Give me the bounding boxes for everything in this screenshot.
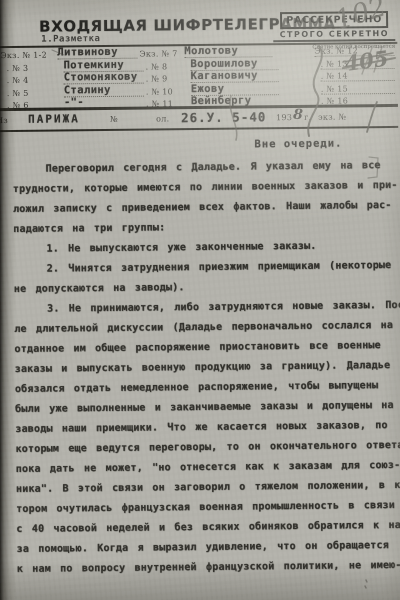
distribution-table: Экз. № 1-2ЛитвиновуЭкз. № 7МолотовуЭкз. … — [0, 44, 395, 110]
body-text-line: 2. Чинятся затруднения приезжим приемщик… — [14, 256, 389, 280]
document-subtitle: 1.Разметка — [41, 34, 100, 45]
scanned-telegram-page: ВХОДЯЩАЯ ШИФРТЕЛЕГРАММА 1.Разметка РАССЕ… — [0, 0, 400, 600]
copy-number-label: . № 13 — [320, 59, 394, 70]
copy-number-label: экз. № — [318, 112, 346, 121]
document-content: ВХОДЯЩАЯ ШИФРТЕЛЕГРАММА 1.Разметка РАССЕ… — [0, 0, 400, 600]
year-suffix: г. — [304, 113, 311, 122]
copy-number-label: . № 15 — [321, 84, 395, 95]
copy-number-label: . № 14 — [321, 71, 395, 82]
top-secret-label: СТРОГО СЕКРЕТНО — [273, 29, 395, 42]
body-text-line: ложил записку с приведением всех фактов.… — [13, 196, 388, 220]
year-prefix: 193 — [276, 113, 292, 122]
telegram-body: Переговорил сегодня с Даладье. Я указал … — [13, 156, 392, 580]
date-time-value: 26.У. 5-40 — [181, 109, 266, 125]
copy-number-label: . № 8 — [144, 62, 191, 71]
from-label: Из — [0, 116, 8, 125]
number-label: № — [110, 115, 118, 124]
copy-number-label: . № 4 — [1, 76, 64, 86]
copy-number-label: . № 5 — [1, 88, 64, 98]
priority-note: Вне очереди. — [254, 138, 342, 151]
copy-number-label: Экз. № 1-2 — [0, 51, 57, 61]
copy-number-label: Экз. № 12 — [314, 46, 394, 57]
copy-number-label: Экз. № 7 — [137, 50, 184, 59]
origin-city: ПАРИЖА — [28, 112, 80, 126]
copy-number-label: . № 9 — [144, 74, 191, 83]
handwritten-year-digit: 8 — [293, 107, 304, 124]
copy-number-label: . № 10 — [144, 87, 191, 96]
received-label: ол. — [156, 114, 169, 123]
copy-number-label: . № 3 — [1, 63, 64, 73]
body-text-line: к нам по вопросу внутренней французской … — [17, 556, 392, 580]
